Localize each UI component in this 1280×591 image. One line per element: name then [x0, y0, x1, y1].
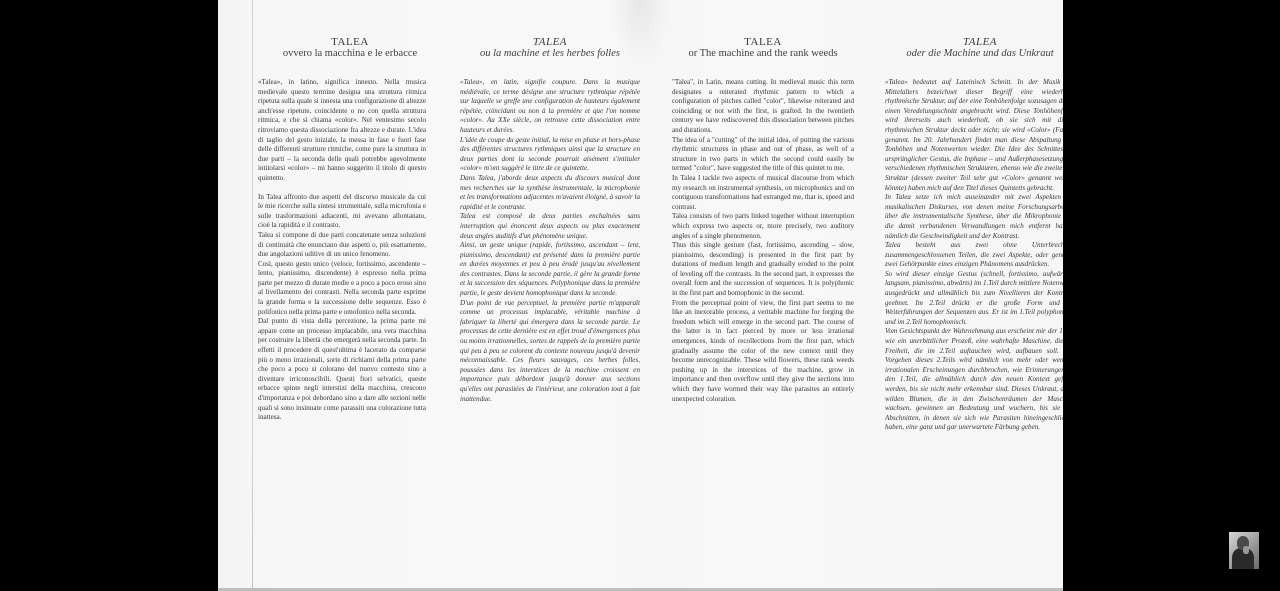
column-body: «Talea», en latin, signifie coupure. Dan… [460, 78, 640, 404]
column-title: TALEA [244, 36, 456, 48]
paragraph: Thus this single gesture (fast, fortissi… [672, 241, 854, 299]
paragraph: Vom Gesichtspunkt der Wahrnehmung aus er… [885, 327, 1063, 433]
column-italian: TALEA ovvero la macchina e le erbacce «T… [264, 36, 426, 423]
paragraph: So wird dieser einzige Gestus (schnell, … [885, 270, 1063, 328]
column-subtitle: oder die Machine und das Unkraut [885, 48, 1063, 60]
paragraph: «Talea», en latin, signifie coupure. Dan… [460, 78, 640, 136]
paragraph: The idea of a "cutting" of the initial i… [672, 136, 854, 174]
paragraph: Così, questo gesto unico (veloce, fortis… [258, 260, 426, 318]
paragraph: From the perceptual point of view, the f… [672, 299, 854, 405]
paragraph: «Talea» bedeutet auf Lateinisch Schnitt.… [885, 78, 1063, 193]
column-title: TALEA [460, 36, 640, 48]
column-body: «Talea» bedeutet auf Lateinisch Schnitt.… [885, 78, 1063, 433]
column-body: «Talea», in latino, significa innesto. N… [258, 78, 426, 423]
paragraph: In Talea I tackle two aspects of musical… [672, 174, 854, 212]
paragraph: Talea consists of two parts linked toget… [672, 212, 854, 241]
column-french: TALEA ou la machine et les herbes folles… [460, 36, 640, 404]
column-subtitle: or The machine and the rank weeds [672, 48, 854, 60]
person-icon-hand [1243, 546, 1249, 554]
column-german: TALEA oder die Machine und das Unkraut «… [885, 36, 1063, 433]
column-title: TALEA [885, 36, 1063, 48]
paragraph: Dans Talea, j'aborde deux aspects du dis… [460, 174, 640, 212]
paragraph: Ainsi, un geste unique (rapide, fortissi… [460, 241, 640, 299]
paragraph: Talea si compone di due parti concatenat… [258, 231, 426, 260]
portrait-thumbnail[interactable] [1229, 532, 1259, 569]
booklet-page: TALEA ovvero la macchina e le erbacce «T… [218, 0, 1063, 591]
paragraph: Dal punto di vista della percezione, la … [258, 317, 426, 423]
column-subtitle: ou la machine et les herbes folles [460, 48, 640, 60]
column-subtitle: ovvero la macchina e le erbacce [244, 48, 456, 60]
paragraph: "Talea", in Latin, means cutting. In med… [672, 78, 854, 136]
paragraph: In Talea affronto due aspetti del discor… [258, 193, 426, 231]
paragraph: Talea est composé de deux parties enchaî… [460, 212, 640, 241]
paragraph: D'un point de vue perceptuel, la premièr… [460, 299, 640, 405]
column-body: "Talea", in Latin, means cutting. In med… [672, 78, 854, 404]
paragraph: «Talea», in latino, significa innesto. N… [258, 78, 426, 184]
paragraph: L'idée de coupe du geste initial, la mis… [460, 136, 640, 174]
paragraph: In Talea setze ich mich auseinander mit … [885, 193, 1063, 241]
column-english: TALEA or The machine and the rank weeds … [672, 36, 854, 404]
paragraph: Talea besteht aus zwei ohne Unterbrechun… [885, 241, 1063, 270]
column-title: TALEA [672, 36, 854, 48]
